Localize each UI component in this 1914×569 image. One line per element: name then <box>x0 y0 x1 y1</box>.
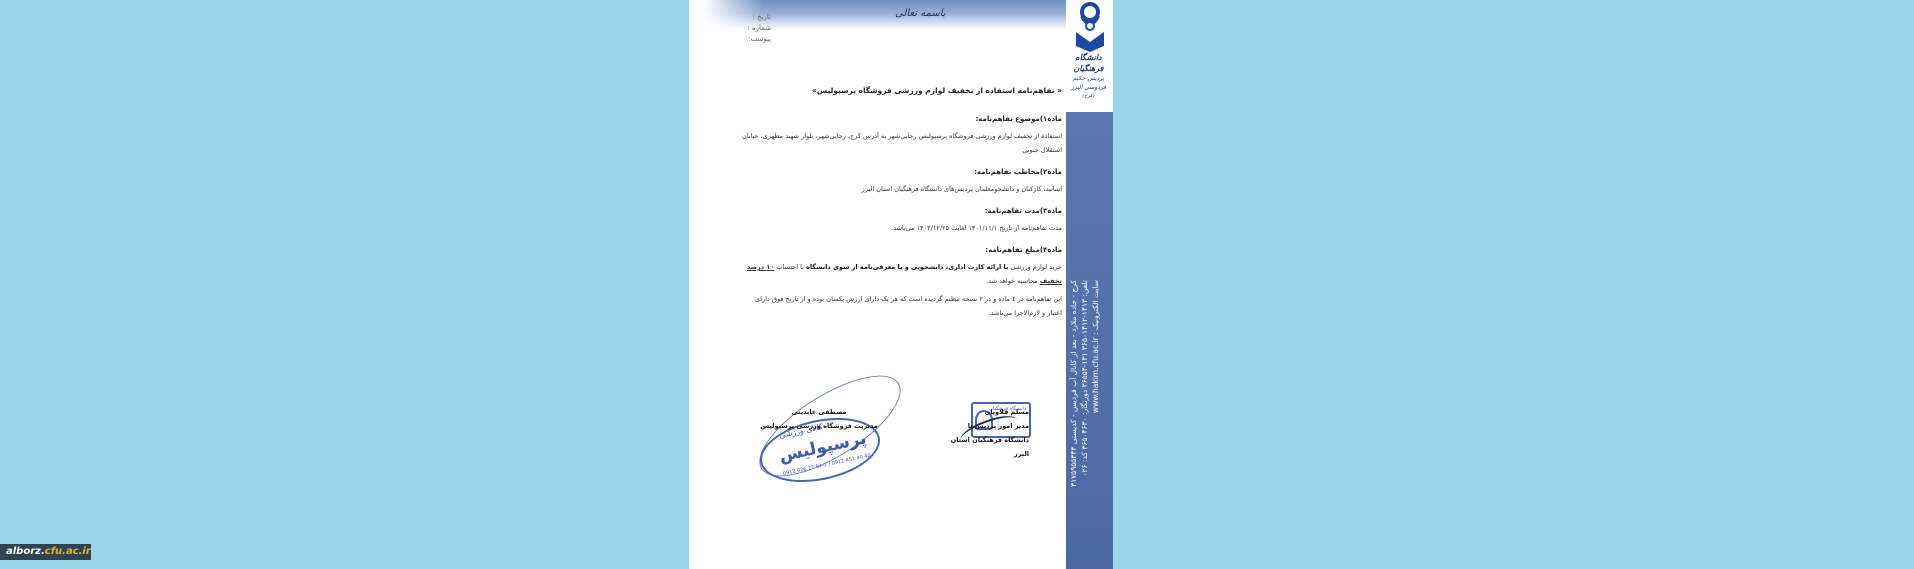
article-4-heading: ماده۴)مبلغ تفاهم‌نامه: <box>741 243 1062 257</box>
university-logo-icon <box>1074 2 1106 52</box>
site-badge-domain: alborz. <box>6 546 45 557</box>
phone-line: تلفن: ۱۴۱۳-۳۶۵۰۱۴۱۲ ۱۳۱-۳۶۵۵۴ دورنگار: ۳… <box>1079 280 1090 560</box>
document-page: باسمه تعالی تاریخ : شماره : پیوست: دانشگ… <box>689 0 1113 569</box>
article-3-body: مدت تفاهم‌نامه از تاریخ ۱۴۰۱/۱۱/۱ لغایت … <box>741 221 1062 235</box>
logo-city: (کرج) <box>1066 92 1111 100</box>
article-4-body: خرید لوازم ورزشی با ارائه کارت اداری، دا… <box>741 260 1062 288</box>
site-badge[interactable]: alborz.cfu.ac.ir <box>0 544 91 560</box>
article-4-mid: با احتساب <box>774 263 806 271</box>
article-2-body: اساتید، کارکنان و دانشجومعلمان پردیس‌های… <box>741 182 1062 196</box>
closing-paragraph: این تفاهم‌نامه در ٤ ماده و در ۲ نسخه تنظ… <box>741 292 1062 320</box>
article-1-body: استفاده از تخفیف لوازم ورزشی فروشگاه پرس… <box>741 129 1062 157</box>
article-4-post: محاسبه خواهد شد. <box>986 277 1040 285</box>
article-4-bold: با ارائه کارت اداری، دانشجویی و یا معرفی… <box>806 263 1008 271</box>
logo-text: دانشگاه فرهنگیان پردیس حکیم فردوسی البرز… <box>1066 52 1111 100</box>
article-2-heading: ماده۲)مخاطب تفاهم‌نامه: <box>741 165 1062 179</box>
article-1-heading: ماده۱)موضوع تفاهم‌نامه: <box>741 112 1062 126</box>
logo-box: دانشگاه فرهنگیان پردیس حکیم فردوسی البرز… <box>1066 0 1113 112</box>
letterhead-sidebar: دانشگاه فرهنگیان پردیس حکیم فردوسی البرز… <box>1066 0 1113 569</box>
bismillah-heading: باسمه تعالی <box>895 8 946 19</box>
document-body: « تفاهم‌نامه استفاده از تخفیف لوازم ورزش… <box>741 84 1062 324</box>
article-4-pre: خرید لوازم ورزشی <box>1008 263 1062 271</box>
article-3-heading: ماده۳)مدت تفاهم‌نامه: <box>741 204 1062 218</box>
site-badge-suffix: cfu.ac.ir <box>45 546 91 557</box>
address-line: کرج - جاده ملارد - بعد از کانال آب فردیس… <box>1068 280 1079 560</box>
store-signer-name: مصطفی عابدینی <box>759 405 879 419</box>
website-line: سایت الکترونیک : www.hakim.cfu.ac.ir <box>1090 280 1101 560</box>
document-title: « تفاهم‌نامه استفاده از تخفیف لوازم ورزش… <box>741 84 1062 98</box>
contact-info: کرج - جاده ملارد - بعد از کانال آب فردیس… <box>1068 280 1101 560</box>
store-signature-block: مصطفی عابدینی مدیریت فروشگاه ورزشی پرسپو… <box>759 405 879 433</box>
letter-meta: تاریخ : شماره : پیوست: <box>731 12 771 45</box>
meta-attachment-label: پیوست: <box>731 34 771 45</box>
logo-university-name: دانشگاه فرهنگیان <box>1066 52 1111 74</box>
meta-date-label: تاریخ : <box>731 12 771 23</box>
logo-campus-name: پردیس حکیم فردوسی البرز <box>1066 74 1111 92</box>
meta-number-label: شماره : <box>731 23 771 34</box>
store-signer-role: مدیریت فروشگاه ورزشی پرسپولیس <box>759 419 879 433</box>
